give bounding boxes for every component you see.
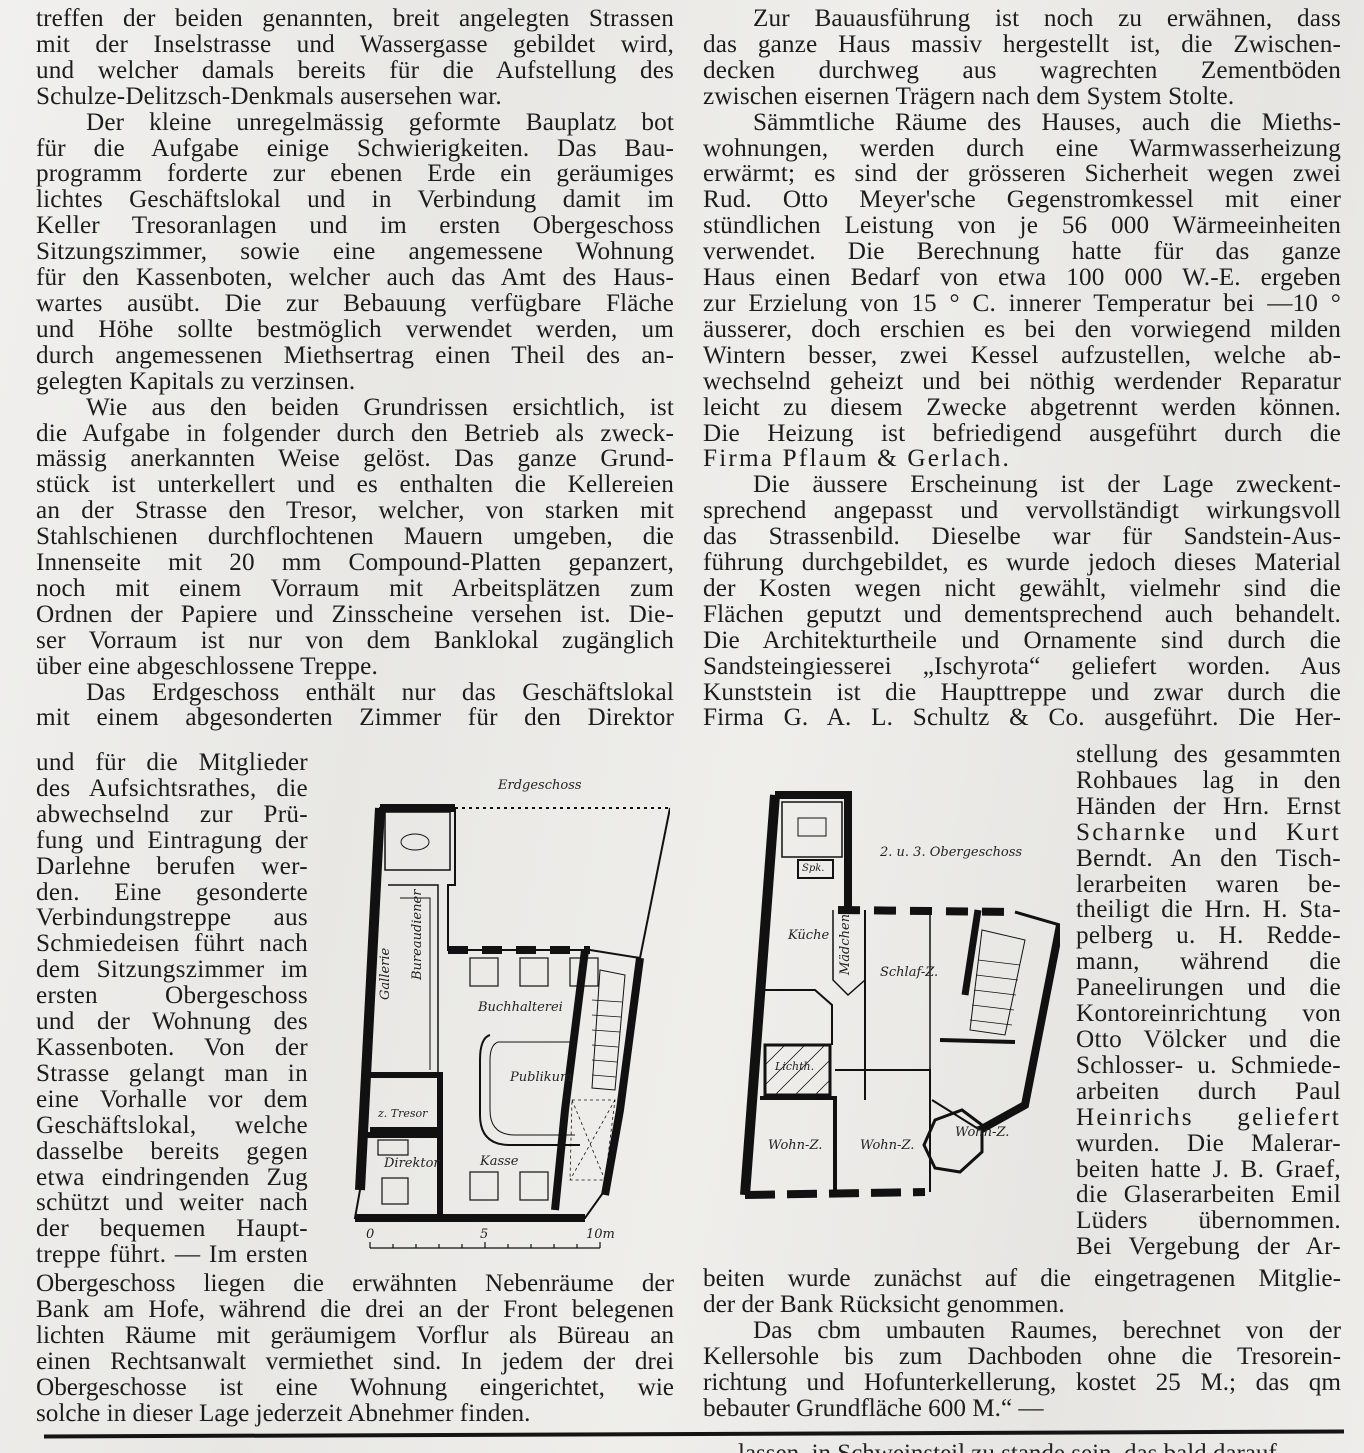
ground-floor-drawing [330, 770, 670, 1260]
text-line: Sitzungszimmer, sowie eine angemessene W… [36, 239, 674, 265]
text-line: stück ist unterkellert und es enthalten … [36, 472, 674, 498]
text-line: sprechend angepasst und vervollständigt … [703, 498, 1341, 524]
room-label: Wohn-Z. [955, 1125, 1009, 1140]
text-line: lerarbeiten waren be- [1076, 872, 1341, 898]
text-line: fung und Eintragung der [36, 828, 308, 854]
left-bottom-block: Obergeschoss liegen die erwähnten Nebenr… [36, 1271, 674, 1426]
text-line: zur Erzielung von 15 ° C. innerer Temper… [703, 291, 1341, 317]
paragraph-start: Das Erdgeschoss enthält nur das Geschäft… [36, 680, 674, 706]
text-line: Die Architekturtheile und Ornamente sind… [703, 628, 1341, 654]
text-line: an der Strasse den Tresor, welcher, von … [36, 498, 674, 524]
upper-floor-plan: 2. u. 3. Obergeschoss Spk. Küche Mädchen… [720, 780, 1060, 1250]
text-line: das Strassenbild. Dieselbe war für Sands… [703, 524, 1341, 550]
paragraph-start: Die äussere Erscheinung ist der Lage zwe… [703, 472, 1341, 498]
paragraph-start: Der kleine unregelmässig geformte Baupla… [36, 110, 674, 136]
text-line: über eine abgeschlossene Treppe. [36, 654, 674, 680]
text-line: Ordnen der Papiere und Zinsscheine verse… [36, 602, 674, 628]
text-line: schützt und weiter nach [36, 1190, 308, 1216]
text-line: äusserer, doch erschien es bei den vorwi… [703, 317, 1341, 343]
text-line: durch angemessenen Miethsertrag einen Th… [36, 343, 674, 369]
text-line: und für die Mitglieder [36, 750, 308, 776]
paragraph-start: Zur Bauausführung ist noch zu erwähnen, … [703, 6, 1341, 32]
paragraph-start: Wie aus den beiden Grundrissen ersichtli… [36, 395, 674, 421]
text-line: Rohbaues lag in den [1076, 768, 1341, 794]
room-label: Küche [788, 928, 829, 943]
room-label: Mädchen [838, 914, 853, 975]
text-line: Die Heizung ist befriedigend ausgeführt … [703, 421, 1341, 447]
text-line: beiten hatte J. B. Graef, [1076, 1157, 1341, 1183]
text-line: dem Sitzungszimmer im [36, 957, 308, 983]
text-line: stündlichen Leistung von je 56 000 Wärme… [703, 213, 1341, 239]
text-line: Haus einen Bedarf von etwa 100 000 W.-E.… [703, 265, 1341, 291]
text-line: führung durchgebildet, es wurde jedoch d… [703, 550, 1341, 576]
paragraph-start: Sämmtliche Räume des Hauses, auch die Mi… [703, 110, 1341, 136]
text-line: decken durchweg aus wagrechten Zementböd… [703, 58, 1341, 84]
text-line: Obergeschoss liegen die erwähnten Nebenr… [36, 1271, 674, 1297]
text-line: wechselnd geheizt und bei nöthig werdend… [703, 369, 1341, 395]
text-line: mässig anerkannten Weise gelöst. Das gan… [36, 446, 674, 472]
text-line: Händen der Hrn. Ernst [1076, 794, 1341, 820]
text-line: gelegten Kapitals zu verzinsen. [36, 369, 674, 395]
text-line: Scharnke und Kurt [1076, 820, 1341, 846]
room-label: Publikum [510, 1070, 572, 1085]
text-line: mit einem abgesonderten Zimmer für den D… [36, 705, 674, 731]
right-column: Zur Bauausführung ist noch zu erwähnen, … [703, 6, 1341, 731]
text-line: Keller Tresoranlagen und im ersten Oberg… [36, 213, 674, 239]
text-line: Schlosser- u. Schmiede- [1076, 1053, 1341, 1079]
paragraph-start: Das cbm umbauten Raumes, berechnet von d… [703, 1318, 1341, 1344]
text-line: wohnungen, werden durch eine Warmwasserh… [703, 136, 1341, 162]
plan-title: 2. u. 3. Obergeschoss [880, 845, 1022, 860]
room-label: Gallerie [378, 948, 393, 1000]
text-line: richtung und Hofunterkellerung, kostet 2… [703, 1370, 1341, 1396]
text-line: Darlehne berufen wer- [36, 854, 308, 880]
text-line: den. Eine gesonderte [36, 880, 308, 906]
scale-label: 10m [586, 1227, 615, 1242]
room-label: Kasse [480, 1154, 519, 1169]
text-line: Innenseite mit 20 mm Compound-Platten ge… [36, 550, 674, 576]
text-line: wurden. Die Malerar- [1076, 1131, 1341, 1157]
text-line: Firma Pflaum & Gerlach. [703, 446, 1341, 472]
left-column: treffen der beiden genannten, breit ange… [36, 6, 674, 731]
text-line: mit der Inselstrasse und Wassergasse geb… [36, 32, 674, 58]
text-line: Wintern besser, zwei Kessel aufzustellen… [703, 343, 1341, 369]
text-line: bebauter Grundfläche 600 M.“ — [703, 1396, 1341, 1422]
text-line: Flächen geputzt und dementsprechend auch… [703, 602, 1341, 628]
text-line: Kassenboten. Von der [36, 1035, 308, 1061]
text-line: Berndt. An den Tisch- [1076, 846, 1341, 872]
cut-off-next-line: lassen, in Schweinsteil zu stande sein, … [738, 1441, 1277, 1453]
text-line: Firma G. A. L. Schultz & Co. ausgeführt.… [703, 705, 1341, 731]
text-line: leicht zu diesem Zwecke abgetrennt werde… [703, 395, 1341, 421]
room-label: z. Tresor [378, 1107, 427, 1120]
text-line: programm forderte zur ebenen Erde ein ge… [36, 161, 674, 187]
text-line: Strasse gelangt man in [36, 1061, 308, 1087]
text-line: solche in dieser Lage jederzeit Abnehmer… [36, 1401, 674, 1427]
text-line: lichtes Geschäftslokal und in Verbindung… [36, 187, 674, 213]
left-narrow-column: und für die Mitglieder des Aufsichtsrath… [36, 750, 308, 1268]
text-line: Paneelirungen und die [1076, 975, 1341, 1001]
text-line: Schmiedeisen führt nach [36, 931, 308, 957]
room-label: Bureaudiener [410, 890, 425, 980]
room-label: Direktor [384, 1156, 440, 1171]
text-line: für die Aufgabe einige Schwierigkeiten. … [36, 136, 674, 162]
text-line: Heinrichs geliefert [1076, 1105, 1341, 1131]
text-line: verwendet. Die Berechnung hatte für das … [703, 239, 1341, 265]
room-label: Spk. [802, 863, 825, 874]
text-line: ser Vorraum ist nur von dem Banklokal zu… [36, 628, 674, 654]
text-line: Sandsteingiesserei „Ischyrota“ geliefert… [703, 654, 1341, 680]
text-line: Stahlschienen durchflochtenen Mauern umg… [36, 524, 674, 550]
room-label: Lichth. [775, 1060, 814, 1073]
text-line: treffen der beiden genannten, breit ange… [36, 6, 674, 32]
text-line: noch mit einem Vorraum mit Arbeitsplätze… [36, 576, 674, 602]
text-line: Rud. Otto Meyer'sche Gegenstromkessel mi… [703, 187, 1341, 213]
text-line: die Aufgabe in folgender durch den Betri… [36, 421, 674, 447]
text-line: Verbindungstreppe aus [36, 905, 308, 931]
ground-floor-plan: Erdgeschoss Gallerie Bureaudiener Buchha… [330, 770, 670, 1260]
text-line: wartes ausübt. Die zur Bebauung verfügba… [36, 291, 674, 317]
text-line: die Glaserarbeiten Emil [1076, 1182, 1341, 1208]
plan-title: Erdgeschoss [498, 778, 582, 793]
room-label: Wohn-Z. [860, 1138, 914, 1153]
text-line: eine Vorhalle vor dem [36, 1087, 308, 1113]
text-line: erwärmt; es sind der grösseren Sicherhei… [703, 161, 1341, 187]
text-line: beiten wurde zunächst auf die eingetrage… [703, 1266, 1341, 1292]
text-line: theiligt die Hrn. H. Sta- [1076, 897, 1341, 923]
text-line: pelberg u. H. Redde- [1076, 923, 1341, 949]
text-line: des Aufsichtsrathes, die [36, 776, 308, 802]
text-line: das ganze Haus massiv hergestellt ist, d… [703, 32, 1341, 58]
text-line: und Höhe sollte bestmöglich verwendet we… [36, 317, 674, 343]
text-line: Bei Vergebung der Ar- [1076, 1234, 1341, 1260]
text-line: stellung des gesammten [1076, 742, 1341, 768]
text-line: Obergeschosse ist eine Wohnung eingerich… [36, 1375, 674, 1401]
text-line: Schulze-Delitzsch-Denkmals ausersehen wa… [36, 84, 674, 110]
text-line: ersten Obergeschoss [36, 983, 308, 1009]
right-bottom-block: beiten wurde zunächst auf die eingetrage… [703, 1266, 1341, 1421]
right-narrow-column: stellung des gesammten Rohbaues lag in d… [1076, 742, 1341, 1260]
text-line: für den Kassenboten, welcher auch das Am… [36, 265, 674, 291]
text-line: zwischen eisernen Trägern nach dem Syste… [703, 84, 1341, 110]
text-line: Kunststein ist die Haupttreppe und zwar … [703, 680, 1341, 706]
text-line: Lüders übernommen. [1076, 1208, 1341, 1234]
room-label: Schlaf-Z. [880, 965, 938, 980]
text-line: Otto Völcker und die [1076, 1027, 1341, 1053]
text-line: und der Wohnung des [36, 1009, 308, 1035]
text-line: Kellersohle bis zum Dachboden ohne die T… [703, 1344, 1341, 1370]
section-divider [44, 1430, 1344, 1439]
text-line: dasselbe bereits gegen [36, 1139, 308, 1165]
text-line: und welcher damals bereits für die Aufst… [36, 58, 674, 84]
room-label: Buchhalterei [478, 1000, 563, 1015]
text-line: der bequemen Haupt- [36, 1216, 308, 1242]
text-line: mann, während die [1076, 949, 1341, 975]
text-line: der der Bank Rücksicht genommen. [703, 1292, 1341, 1318]
text-line: Kontoreinrichtung von [1076, 1001, 1341, 1027]
scale-label: 0 [366, 1227, 374, 1242]
text-line: arbeiten durch Paul [1076, 1079, 1341, 1105]
room-label: Wohn-Z. [768, 1138, 822, 1153]
scale-label: 5 [480, 1227, 488, 1242]
text-line: Bank am Hofe, während die drei an der Fr… [36, 1297, 674, 1323]
text-line: einen Rechtsanwalt vermiethet sind. In j… [36, 1349, 674, 1375]
text-line: Geschäftslokal, welche [36, 1113, 308, 1139]
text-line: etwa eindringenden Zug [36, 1165, 308, 1191]
scanned-page: treffen der beiden genannten, breit ange… [0, 0, 1364, 1453]
text-line: der Kosten wegen nicht gewählt, vielmehr… [703, 576, 1341, 602]
text-line: treppe führt. — Im ersten [36, 1242, 308, 1268]
text-line: lichten Räume mit geräumigem Vorflur als… [36, 1323, 674, 1349]
text-line: abwechselnd zur Prü- [36, 802, 308, 828]
